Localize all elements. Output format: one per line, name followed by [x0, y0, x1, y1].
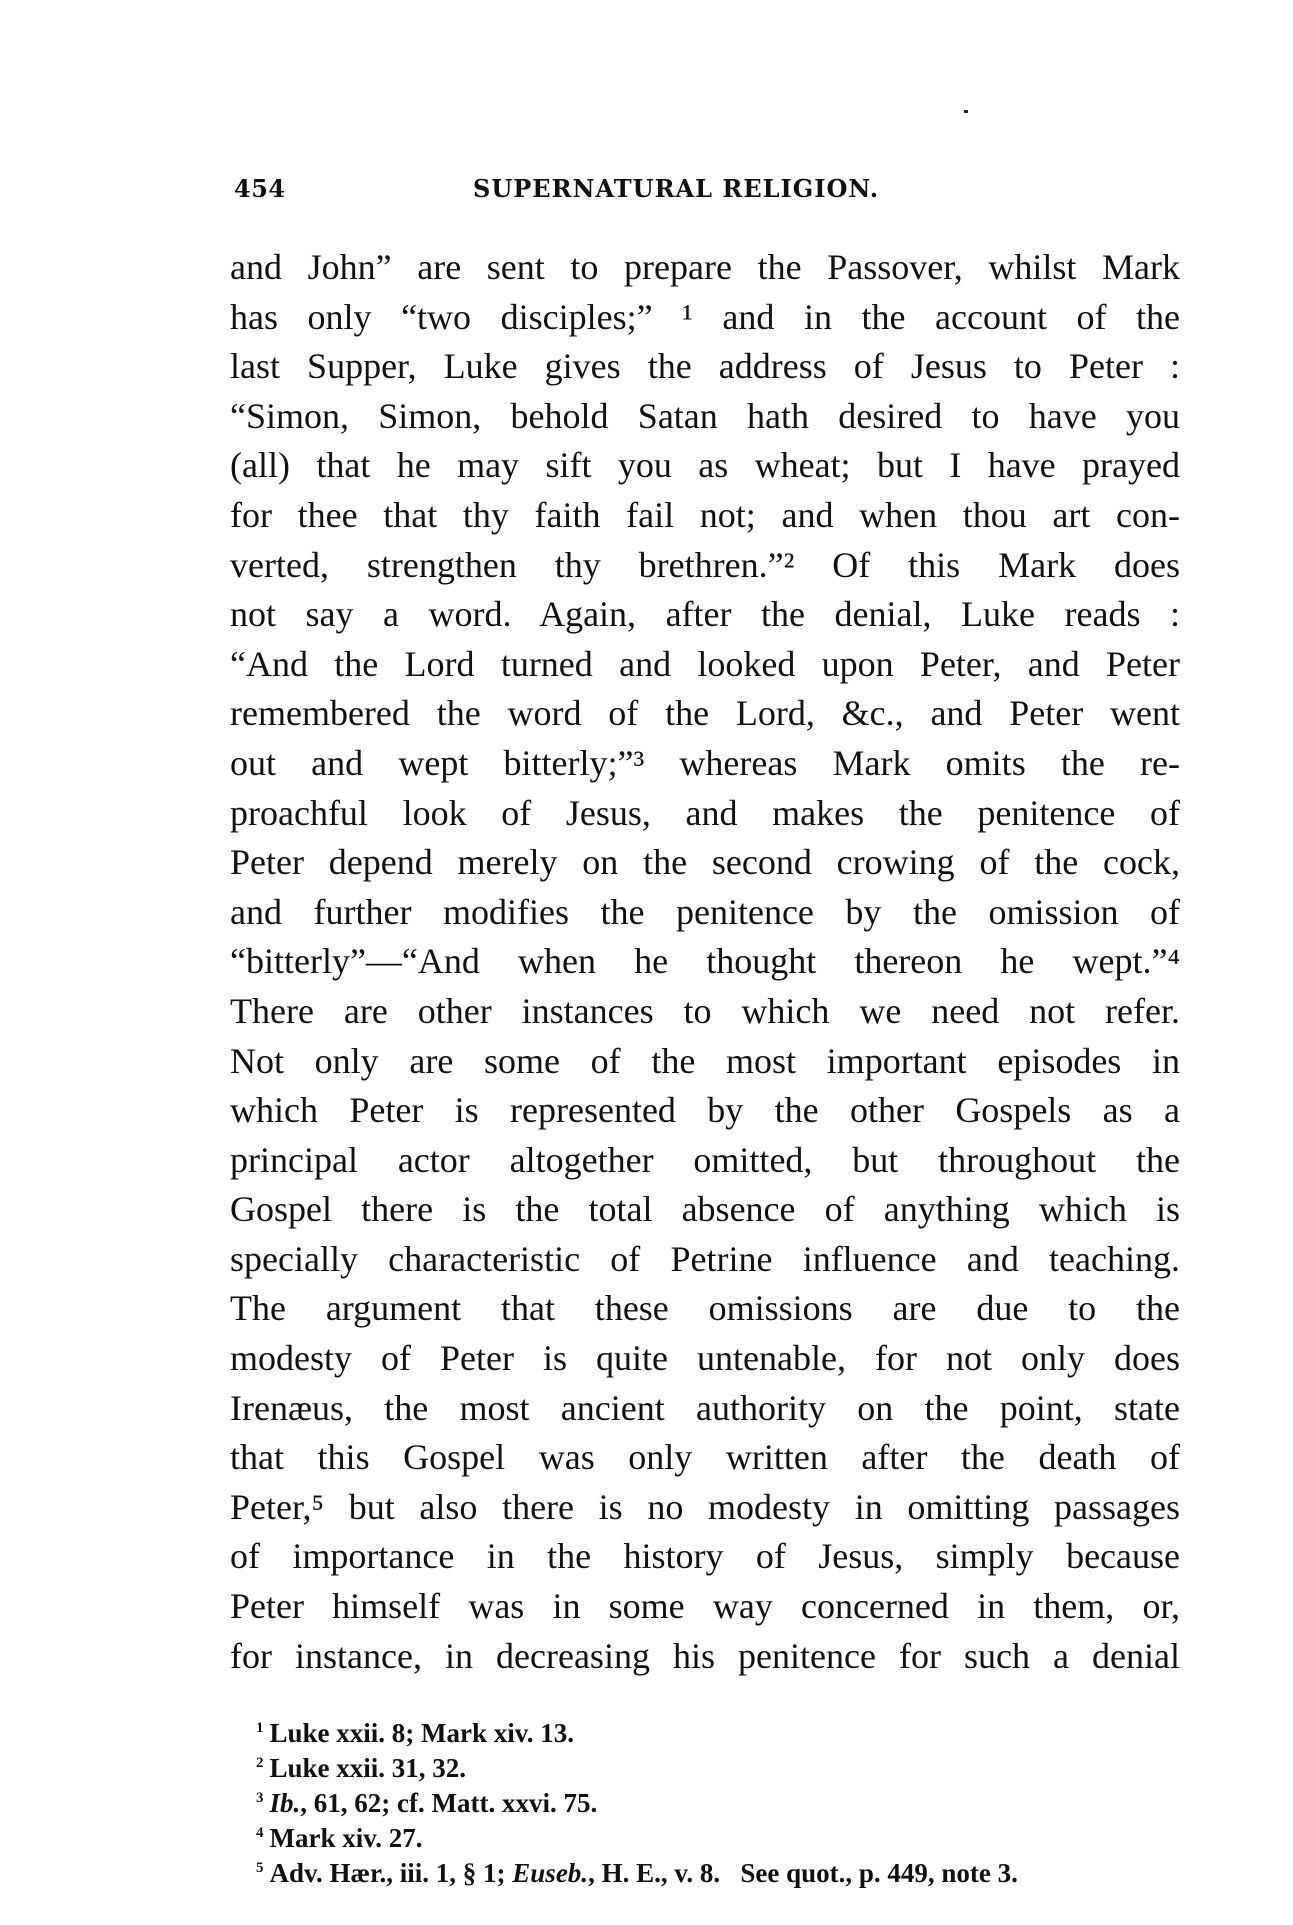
text-line: of importance in the history of Jesus, s…: [230, 1532, 1180, 1582]
text-line: The argument that these omissions are du…: [230, 1284, 1180, 1334]
body-text: and John” are sent to prepare the Passov…: [230, 243, 1180, 1681]
footnote-text: , 61, 62; cf. Matt. xxvi. 75.: [300, 1788, 597, 1818]
text-line: which Peter is represented by the other …: [230, 1086, 1180, 1136]
text-line: “bitterly”—“And when he thought thereon …: [230, 937, 1180, 987]
text-line: specially characteristic of Petrine infl…: [230, 1235, 1180, 1285]
text-line: “And the Lord turned and looked upon Pet…: [230, 640, 1180, 690]
text-line: “Simon, Simon, behold Satan hath desired…: [230, 392, 1180, 442]
running-title: SUPERNATURAL RELIGION.: [473, 174, 879, 203]
scan-speck: [964, 110, 968, 113]
text-line: verted, strengthen thy brethren.”² Of th…: [230, 541, 1180, 591]
text-line: Gospel there is the total absence of any…: [230, 1185, 1180, 1235]
footnote-2: 2Luke xxii. 31, 32.: [256, 1751, 1176, 1786]
footnote-text: Mark xiv. 27.: [270, 1823, 423, 1853]
text-line: Peter depend merely on the second crowin…: [230, 838, 1180, 888]
footnote-italic: Ib.: [270, 1788, 301, 1818]
footnote-italic: Euseb.: [512, 1858, 588, 1888]
footnote-text: Luke xxii. 31, 32.: [270, 1753, 467, 1783]
page-number: 454: [234, 174, 286, 203]
footnote-marker: 3: [256, 1790, 264, 1806]
text-line: principal actor altogether omitted, but …: [230, 1136, 1180, 1186]
text-line: modesty of Peter is quite untenable, for…: [230, 1334, 1180, 1384]
footnote-marker: 2: [256, 1755, 264, 1771]
text-line: Irenæus, the most ancient authority on t…: [230, 1384, 1180, 1434]
footnote-text: Adv. Hær., iii. 1, § 1;: [270, 1858, 513, 1888]
text-line: Peter,⁵ but also there is no modesty in …: [230, 1483, 1180, 1533]
text-line: Peter himself was in some way concerned …: [230, 1582, 1180, 1632]
footnote-4: 4Mark xiv. 27.: [256, 1821, 1176, 1856]
text-line: and further modifies the penitence by th…: [230, 888, 1180, 938]
text-line: has only “two disciples;” ¹ and in the a…: [230, 293, 1180, 343]
text-line: (all) that he may sift you as wheat; but…: [230, 441, 1180, 491]
text-line: remembered the word of the Lord, &c., an…: [230, 689, 1180, 739]
footnote-1: 1Luke xxii. 8; Mark xiv. 13.: [256, 1716, 1176, 1751]
book-page: 454 SUPERNATURAL RELIGION. and John” are…: [0, 0, 1293, 1925]
footnote-marker: 5: [256, 1860, 264, 1876]
footnote-text: Luke xxii. 8; Mark xiv. 13.: [270, 1718, 575, 1748]
text-line: There are other instances to which we ne…: [230, 987, 1180, 1037]
text-line: and John” are sent to prepare the Passov…: [230, 243, 1180, 293]
footnote-3: 3Ib., 61, 62; cf. Matt. xxvi. 75.: [256, 1786, 1176, 1821]
text-line: out and wept bitterly;”³ whereas Mark om…: [230, 739, 1180, 789]
footnote-5: 5Adv. Hær., iii. 1, § 1; Euseb., H. E., …: [256, 1856, 1176, 1891]
footnote-text: , H. E., v. 8. See quot., p. 449, note 3…: [588, 1858, 1018, 1888]
text-line: that this Gospel was only written after …: [230, 1433, 1180, 1483]
footnote-marker: 4: [256, 1825, 264, 1841]
text-line: not say a word. Again, after the denial,…: [230, 590, 1180, 640]
footnote-marker: 1: [256, 1720, 264, 1736]
text-line: for thee that thy faith fail not; and wh…: [230, 491, 1180, 541]
text-line: Not only are some of the most important …: [230, 1037, 1180, 1087]
text-line: for instance, in decreasing his penitenc…: [230, 1632, 1180, 1682]
running-header: 454 SUPERNATURAL RELIGION.: [230, 170, 1180, 210]
footnotes: 1Luke xxii. 8; Mark xiv. 13. 2Luke xxii.…: [256, 1716, 1176, 1891]
text-line: proachful look of Jesus, and makes the p…: [230, 789, 1180, 839]
text-line: last Supper, Luke gives the address of J…: [230, 342, 1180, 392]
